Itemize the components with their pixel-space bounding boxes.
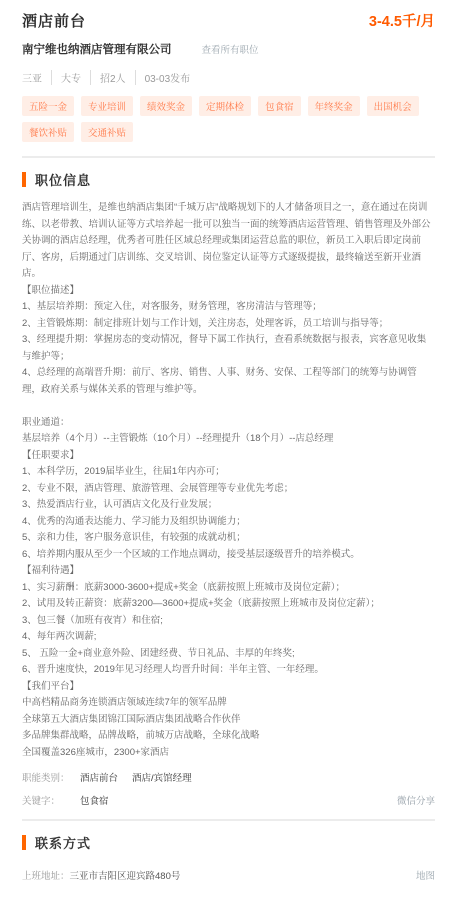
description-paragraph: 【福利待遇】 xyxy=(22,563,435,580)
description-paragraph: 3、经理提升期：掌握房态的变动情况，督导下属工作执行，查看系统数据与报表，宾客意… xyxy=(22,332,435,365)
job-detail-page: 酒店前台 3-4.5千/月 南宁维也纳酒店管理有限公司 查看所有职位 三亚大专招… xyxy=(0,0,457,902)
description-paragraph: 中高档精品商务连锁酒店领域连续7年的领军品牌 xyxy=(22,695,435,712)
description-paragraph: 基层培养（4个月）--主管锻炼（10个月）--经理提升（18个月）--店总经理 xyxy=(22,431,435,448)
section-contact: 联系方式 xyxy=(22,833,435,852)
description-paragraph: 2、专业不限，酒店管理、旅游管理、会展管理等专业优先考虑； xyxy=(22,481,435,498)
description-paragraph: 1、实习薪酬：底薪3000-3600+提成+奖金（底薪按照上班城市及岗位定薪）； xyxy=(22,580,435,597)
description-paragraph: 2、试用及转正薪资：底薪3200—3600+提成+奖金（底薪按照上班城市及岗位定… xyxy=(22,596,435,613)
page-title: 酒店前台 xyxy=(22,10,86,31)
benefit-tag: 出国机会 xyxy=(367,96,419,116)
divider xyxy=(22,819,435,821)
category-link[interactable]: 酒店前台 xyxy=(80,770,118,784)
description-paragraph: 1、基层培养期：预定入住，对客服务，财务管理，客房清洁与管理等； xyxy=(22,299,435,316)
description-paragraph: 4、每年两次调薪; xyxy=(22,629,435,646)
description-paragraph: 1、本科学历，2019届毕业生，往届1年内亦可； xyxy=(22,464,435,481)
category-label: 职能类别： xyxy=(22,770,80,784)
job-meta-item: 三亚 xyxy=(22,70,42,85)
benefit-tag: 交通补贴 xyxy=(81,122,133,142)
benefit-tag: 五险一金 xyxy=(22,96,74,116)
benefit-tag: 绩效奖金 xyxy=(140,96,192,116)
job-meta-item: 03-03发布 xyxy=(135,70,191,85)
keyword-row: 关键字： 包食宿 微信分享 xyxy=(22,793,435,807)
description-paragraph: 【我们平台】 xyxy=(22,679,435,696)
divider xyxy=(22,156,435,158)
description-paragraph: 6、培养期内服从至少一个区域的工作地点调动，接受基层逐级晋升的培养模式。 xyxy=(22,547,435,564)
category-link[interactable]: 酒店/宾馆经理 xyxy=(132,770,192,784)
description-paragraph: 职业通道： xyxy=(22,415,435,432)
keyword-link[interactable]: 包食宿 xyxy=(80,793,109,807)
description-paragraph: 2、主管锻炼期：制定排班计划与工作计划，关注房态，处理客诉，员工培训与指导等； xyxy=(22,316,435,333)
view-all-jobs-link[interactable]: 查看所有职位 xyxy=(202,42,259,56)
description-paragraph: 【任职要求】 xyxy=(22,448,435,465)
job-meta-item: 招2人 xyxy=(90,70,126,85)
salary-value: 3-4.5千/月 xyxy=(369,10,435,31)
description-paragraph: 多品牌集群战略，品牌战略，前城万店战略，全球化战略 xyxy=(22,728,435,745)
keyword-label: 关键字： xyxy=(22,793,80,807)
description-paragraph: 3、包三餐（加班有夜宵）和住宿; xyxy=(22,613,435,630)
description-paragraph: 4、总经理的高端晋升期：前厅、客房、销售、人事、财务、安保、工程等部门的统筹与协… xyxy=(22,365,435,398)
description-paragraph xyxy=(22,398,435,415)
category-values: 酒店前台酒店/宾馆经理 xyxy=(80,770,206,784)
benefit-tag: 年终奖金 xyxy=(308,96,360,116)
section-accent-bar xyxy=(22,172,26,187)
company-row: 南宁维也纳酒店管理有限公司 查看所有职位 xyxy=(22,41,435,57)
description-paragraph: 全球第五大酒店集团锦江国际酒店集团战略合作伙伴 xyxy=(22,712,435,729)
address-row: 上班地址： 三亚市吉阳区迎宾路480号 地图 xyxy=(22,868,435,882)
category-row: 职能类别： 酒店前台酒店/宾馆经理 xyxy=(22,770,435,784)
description-paragraph: 5、亲和力佳，客户服务意识佳，有较强的成就动机； xyxy=(22,530,435,547)
company-name: 南宁维也纳酒店管理有限公司 xyxy=(22,41,172,57)
description-paragraph: 4、优秀的沟通表达能力、学习能力及组织协调能力； xyxy=(22,514,435,531)
description-paragraph: 全国覆盖326座城市，2300+家酒店 xyxy=(22,745,435,762)
map-link[interactable]: 地图 xyxy=(416,868,435,882)
wechat-share-link[interactable]: 微信分享 xyxy=(397,793,435,807)
address-value: 三亚市吉阳区迎宾路480号 xyxy=(70,868,181,882)
description-paragraph: 3、热爱酒店行业，认可酒店文化及行业发展； xyxy=(22,497,435,514)
job-meta-item: 大专 xyxy=(51,70,81,85)
section-accent-bar xyxy=(22,835,26,850)
section-job-info: 职位信息 xyxy=(22,170,435,189)
benefit-tag: 包食宿 xyxy=(258,96,301,116)
description-paragraph: 【职位描述】 xyxy=(22,283,435,300)
benefit-tags: 五险一金专业培训绩效奖金定期体检包食宿年终奖金出国机会餐饮补贴交通补贴 xyxy=(22,96,435,148)
description-paragraph: 5、 五险一金+商业意外险、团建经费、节日礼品、丰厚的年终奖; xyxy=(22,646,435,663)
section-title: 职位信息 xyxy=(35,170,91,189)
benefit-tag: 定期体检 xyxy=(199,96,251,116)
description-paragraph: 酒店管理培训生，是维也纳酒店集团“千城万店”战略规划下的人才储备项目之一，意在通… xyxy=(22,200,435,283)
job-meta-row: 三亚大专招2人03-03发布 xyxy=(22,70,435,85)
keyword-values: 包食宿 xyxy=(80,793,123,807)
job-header: 酒店前台 3-4.5千/月 xyxy=(22,10,435,31)
benefit-tag: 餐饮补贴 xyxy=(22,122,74,142)
job-description: 酒店管理培训生，是维也纳酒店集团“千城万店”战略规划下的人才储备项目之一，意在通… xyxy=(22,200,435,761)
address-label: 上班地址： xyxy=(22,868,70,882)
section-title: 联系方式 xyxy=(35,833,91,852)
description-paragraph: 6、晋升速度快，2019年见习经理人均晋升时间：半年主管、一年经理。 xyxy=(22,662,435,679)
benefit-tag: 专业培训 xyxy=(81,96,133,116)
